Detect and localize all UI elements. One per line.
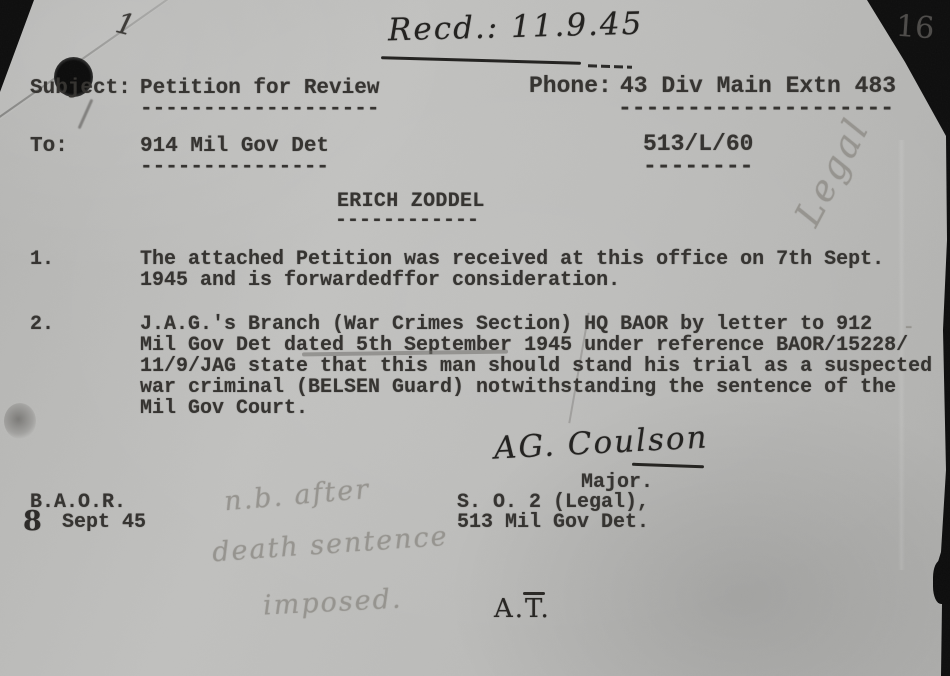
para1-number: 1. xyxy=(30,250,54,270)
phone-underline: -------------------- xyxy=(618,97,894,120)
received-note: Recd.: 11.9.45 xyxy=(388,9,644,47)
footer-location: B.A.O.R. xyxy=(30,493,126,513)
footer-date-day: 8 xyxy=(23,508,42,535)
para2-line2: Mil Gov Det dated 5th September 1945 und… xyxy=(140,336,908,356)
para2-line1: J.A.G.'s Branch (War Crimes Section) HQ … xyxy=(140,315,872,335)
para2-line4: war criminal (BELSEN Guard) notwithstand… xyxy=(140,378,896,398)
title-underline: ------------ xyxy=(335,211,479,231)
signature-unit: 513 Mil Gov Det. xyxy=(457,513,649,533)
para2-line3: 11/9/JAG state that this man should stan… xyxy=(140,357,932,377)
signature-rank: Major. xyxy=(581,473,653,493)
signature-role: S. O. 2 (Legal), xyxy=(457,493,649,513)
phone-label: Phone: xyxy=(529,75,612,98)
pencil-dash: - xyxy=(905,316,912,338)
footer-date: Sept 45 xyxy=(62,513,146,533)
para2-line5: Mil Gov Court. xyxy=(140,399,308,419)
to-value: 914 Mil Gov Det xyxy=(140,136,329,157)
initials-overline xyxy=(523,592,545,595)
subject-underline: ------------------- xyxy=(140,99,379,120)
nb-note-line3: imposed. xyxy=(262,585,403,619)
para1-line2: 1945 and is forwardedffor consideration. xyxy=(140,271,620,291)
initials-note: A.T. xyxy=(494,596,551,622)
to-label: To: xyxy=(30,136,68,157)
para1-line1: The attached Petition was received at th… xyxy=(140,250,884,270)
to-underline: --------------- xyxy=(140,157,329,178)
reference-underline: -------- xyxy=(643,155,753,178)
edge-blot xyxy=(933,560,950,604)
subject-label: Subject: xyxy=(30,78,131,99)
para2-number: 2. xyxy=(30,315,54,335)
ink-smudge xyxy=(4,403,36,439)
subject-value: Petition for Review xyxy=(140,78,379,99)
scanned-document: Recd.: 11.9.45 1 16 Legal Subject: Petit… xyxy=(0,0,950,676)
page-number: 16 xyxy=(895,12,935,45)
